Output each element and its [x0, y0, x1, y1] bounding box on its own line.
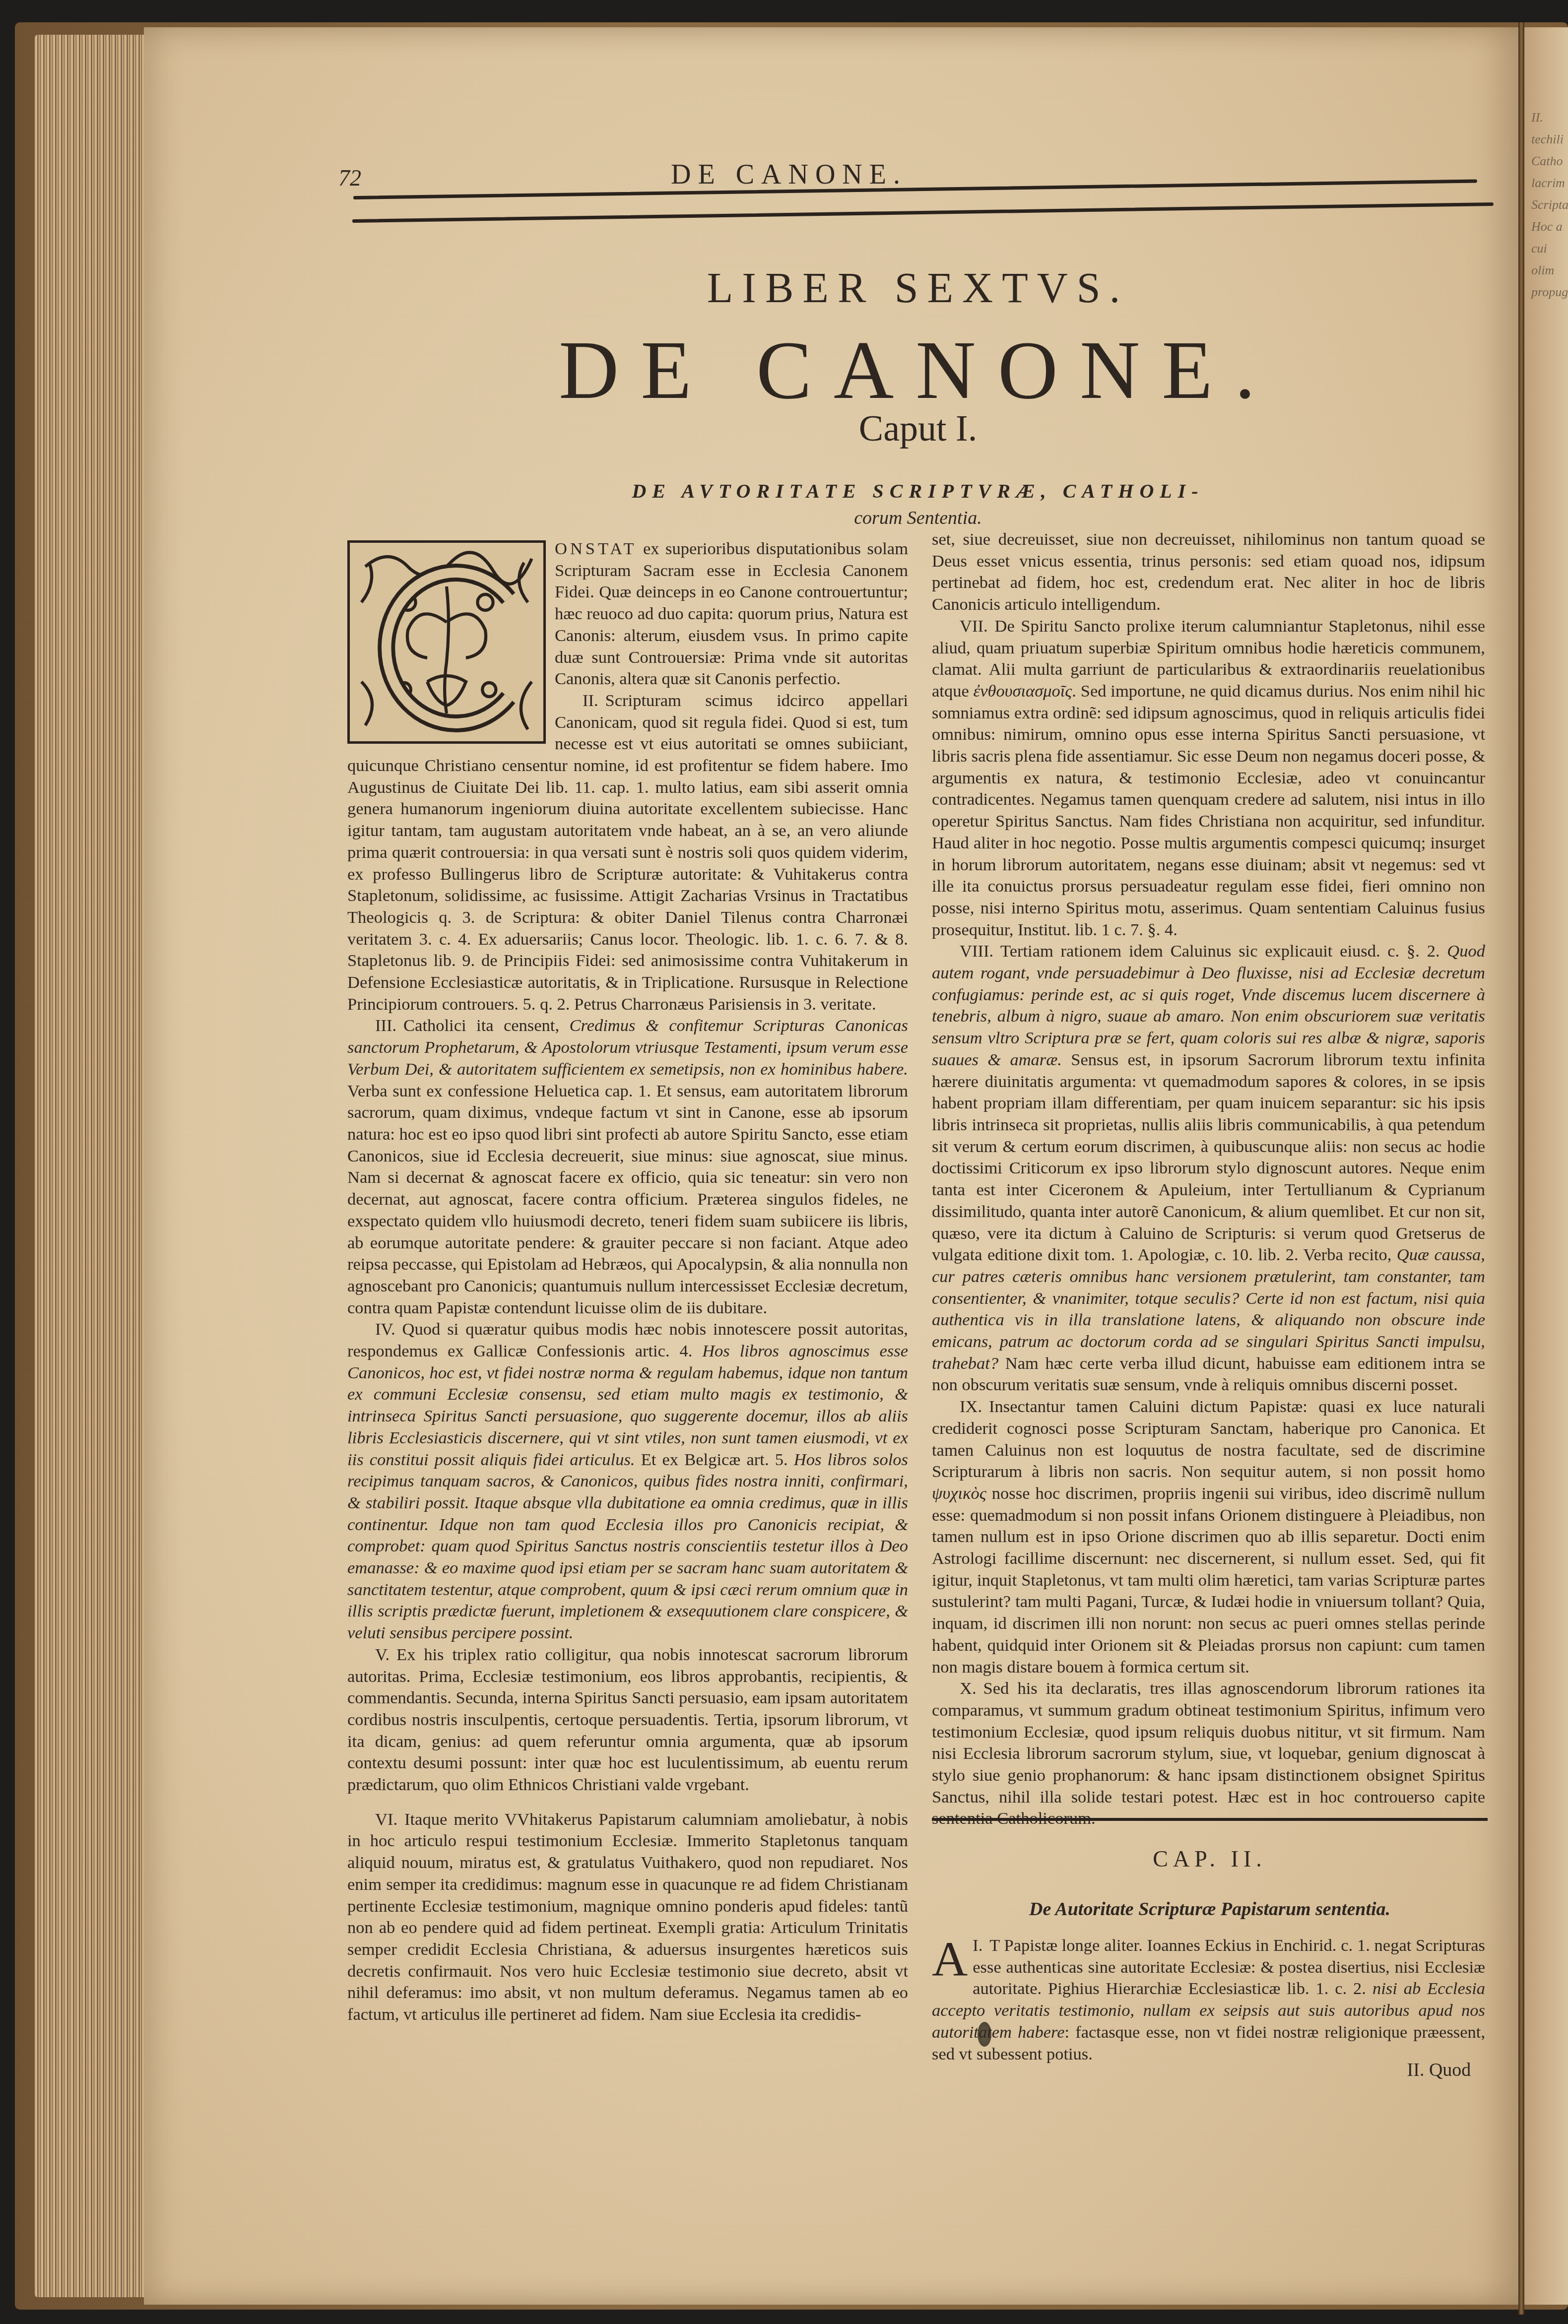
greek-word: ἐνθουσιασμοῖς — [974, 682, 1072, 701]
section-number: VI. — [375, 1810, 397, 1829]
section-number: IX. — [960, 1397, 982, 1416]
section-text: Tertiam rationem idem Caluinus sic expli… — [1000, 942, 1447, 961]
chapter-heading: Caput I. — [342, 408, 1494, 450]
chapter2-subtitle: De Autoritate Scripturæ Papistarum sente… — [932, 1898, 1488, 1920]
left-column: ONSTAT ex superioribus disputationibus s… — [347, 538, 908, 2026]
section-number: I. — [973, 1936, 982, 1955]
chapter-divider-rule — [932, 1818, 1488, 1821]
chapter-subtitle-line1: DE AVTORITATE SCRIPTVRÆ, CATHOLI- — [342, 479, 1494, 503]
facing-page-text: II. techili Catho lacrim Scripta Hoc a c… — [1531, 107, 1568, 303]
section-number: X. — [960, 1679, 977, 1698]
section-text: Nam hæc certe verba illud dicunt, habuis… — [932, 1354, 1485, 1395]
section-text: Ex his triplex ratio colligitur, qua nob… — [347, 1645, 908, 1794]
section-text: Insectantur tamen Caluini dictum Papistæ… — [932, 1397, 1485, 1481]
section-text: Et ex Belgicæ art. 5. — [635, 1450, 793, 1469]
continued-text: set, siue decreuisset, siue non decreuis… — [932, 529, 1485, 616]
section-text: Itaque merito VVhitakerus Papistarum cal… — [347, 1810, 908, 2024]
title-block: LIBER SEXTVS. DE CANONE. Caput I. DE AVT… — [342, 0, 1494, 546]
section-number: III. — [375, 1016, 396, 1035]
section-text: . Sed importune, ne quid dicamus durius.… — [932, 682, 1485, 939]
section-text: Sensus est, in ipsorum Sacrorum librorum… — [932, 1050, 1485, 1264]
quotation-italic: Hos libros solos recipimus tanquam sacro… — [347, 1450, 908, 1643]
section-number: IV. — [375, 1320, 395, 1339]
section-number: VII. — [960, 617, 988, 636]
chapter-subtitle-line2: corum Sententia. — [342, 507, 1494, 529]
section-text: nosse hoc discrimen, propriis ingenii su… — [932, 1484, 1485, 1677]
greek-word: ψυχικὸς — [932, 1484, 986, 1503]
book-title: DE CANONE. — [342, 323, 1494, 418]
opening-smallcaps: ONSTAT — [555, 539, 637, 558]
drop-cap: A — [932, 1938, 968, 1981]
chapter2-body: I.AT Papistæ longe aliter. Ioannes Eckiu… — [932, 1935, 1485, 2065]
opening-text: ex superioribus disputationibus solam Sc… — [555, 539, 908, 688]
section-number: II. — [583, 691, 598, 710]
catchword: II. Quod — [1407, 2059, 1471, 2081]
section-text: Sed his ita declaratis, tres illas agnos… — [932, 1679, 1485, 1828]
section-text: Catholici ita censent, — [403, 1016, 569, 1035]
section-number: VIII. — [960, 942, 993, 961]
section-text: Verba sunt ex confessione Heluetica cap.… — [347, 1082, 908, 1317]
page-edges — [35, 35, 149, 2297]
right-column: set, siue decreuisset, siue non decreuis… — [932, 529, 1485, 1830]
chapter2-heading: CAP. II. — [932, 1846, 1488, 1872]
facing-page-fragment: II. techili Catho lacrim Scripta Hoc a c… — [1524, 27, 1568, 2305]
book-number: LIBER SEXTVS. — [342, 263, 1494, 313]
section-number: V. — [375, 1645, 390, 1664]
ornamental-initial-c-icon — [347, 540, 546, 744]
book-gutter — [1518, 22, 1524, 2315]
